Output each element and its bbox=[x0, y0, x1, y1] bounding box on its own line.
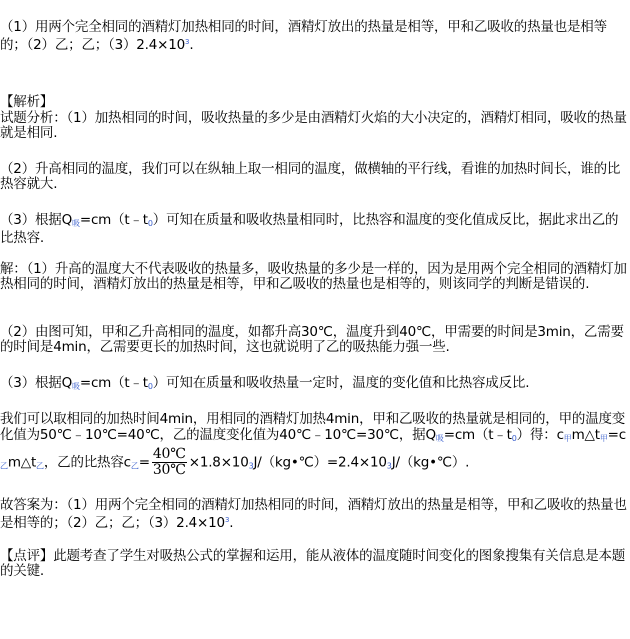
final-answer-paragraph: 故答案为：（1）用两个完全相同的酒精灯加热相同的时间，酒精灯放出的热量是相等，甲… bbox=[0, 498, 630, 531]
subscript: 吸 bbox=[72, 219, 80, 228]
text-segment: ×1.8×10 bbox=[189, 455, 249, 471]
text-segment: ）可知在质量和吸收热量一定时，温度的变化值和比热容成反比. bbox=[153, 375, 530, 391]
subscript: 乙 bbox=[0, 462, 8, 471]
answer-text: （1）用两个完全相同的酒精灯加热相同的时间，酒精灯放出的热量是相等，甲和乙吸收的… bbox=[0, 19, 607, 53]
text-segment: m△t bbox=[8, 455, 36, 471]
text-segment: = bbox=[139, 455, 150, 471]
subscript: 甲 bbox=[600, 434, 608, 443]
solution-paragraph-3: （3）根据Q吸=cm（t﹣t0）可知在质量和吸收热量一定时，温度的变化值和比热容… bbox=[0, 376, 630, 394]
fraction-numerator: 40℃ bbox=[152, 447, 187, 463]
text-segment: （3）根据Q bbox=[0, 375, 72, 391]
subscript: 吸 bbox=[72, 382, 80, 391]
subscript: 吸 bbox=[436, 434, 444, 443]
analysis-paragraph-3: （3）根据Q吸=cm（t﹣t0）可知在质量和吸收热量相同时，比热容和温度的变化值… bbox=[0, 213, 630, 246]
fraction: 40℃30℃ bbox=[152, 447, 187, 478]
comment-label: 【点评】 bbox=[0, 548, 53, 564]
fraction-denominator: 30℃ bbox=[152, 463, 187, 478]
text-segment: J/（kg•℃）=2.4×10 bbox=[253, 455, 386, 471]
analysis-paragraph-1: 试题分析：（1）加热相同的时间，吸收热量的多少是由酒精灯火焰的大小决定的，酒精灯… bbox=[0, 111, 630, 141]
final-answer-end: . bbox=[229, 515, 233, 531]
text-segment: ）得：c bbox=[517, 427, 564, 443]
final-answer-text: 故答案为：（1）用两个完全相同的酒精灯加热相同的时间，酒精灯放出的热量是相等，甲… bbox=[0, 497, 627, 531]
analysis-heading: 【解析】 bbox=[0, 95, 630, 110]
solution-paragraph-2: （2）由图可知，甲和乙升高相同的温度，如都升高30℃，温度升到40℃，甲需要的时… bbox=[0, 325, 630, 355]
analysis-paragraph-2: （2）升高相同的温度，我们可以在纵轴上取一相同的温度，做横轴的平行线，看谁的加热… bbox=[0, 162, 630, 192]
solution-paragraph-4: 我们可以取相同的加热时间4min，用相同的酒精灯加热4min，甲和乙吸收的热量就… bbox=[0, 411, 630, 478]
answer-end: . bbox=[189, 37, 193, 53]
text-segment: ，乙的比热容c bbox=[44, 455, 131, 471]
subscript: 乙 bbox=[131, 462, 139, 471]
subscript: 乙 bbox=[36, 462, 44, 471]
subscript: 甲 bbox=[564, 434, 572, 443]
text-segment: J/（kg•℃）. bbox=[392, 455, 470, 471]
solution-paragraph-1: 解：（1）升高的温度大不代表吸收的热量多，吸收热量的多少是一样的，因为是用两个完… bbox=[0, 262, 630, 292]
text-segment: m△t bbox=[572, 427, 600, 443]
text-segment: =cm（t﹣t bbox=[80, 375, 148, 391]
text-segment: =cm（t﹣t bbox=[444, 427, 512, 443]
text-segment: （3）根据Q bbox=[0, 212, 72, 228]
text-segment: =cm（t﹣t bbox=[80, 212, 148, 228]
answer-paragraph: （1）用两个完全相同的酒精灯加热相同的时间，酒精灯放出的热量是相等，甲和乙吸收的… bbox=[0, 20, 630, 53]
comment-text: 此题考查了学生对吸热公式的掌握和运用，能从液体的温度随时间变化的图象搜集有关信息… bbox=[0, 548, 625, 579]
text-segment: =c bbox=[608, 427, 626, 443]
comment-paragraph: 【点评】此题考查了学生对吸热公式的掌握和运用，能从液体的温度随时间变化的图象搜集… bbox=[0, 549, 630, 579]
